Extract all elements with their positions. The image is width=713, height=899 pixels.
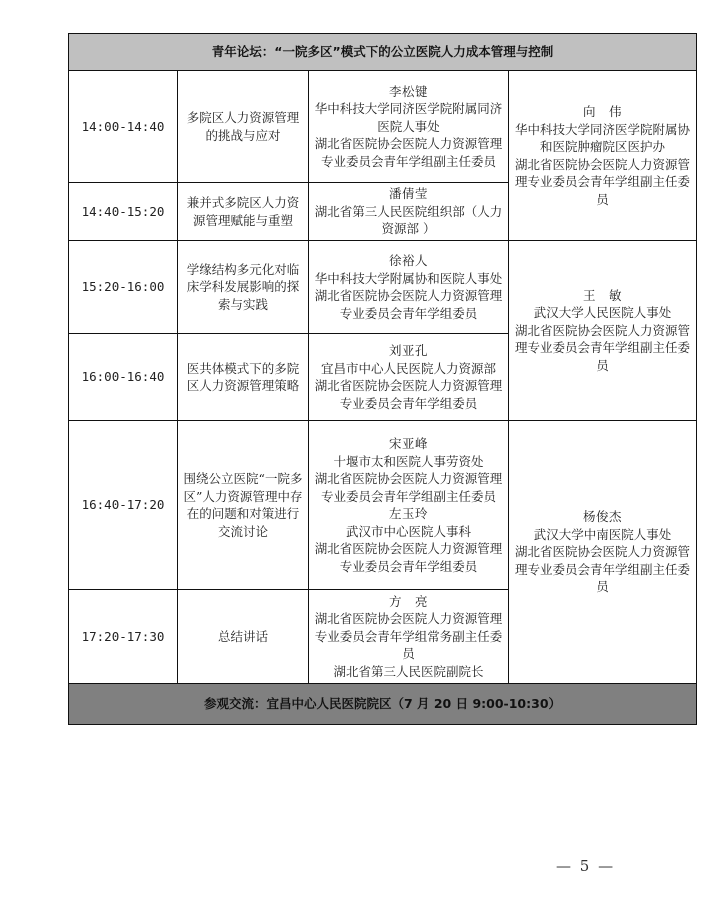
table-row: 14:00-14:40 多院区人力资源管理的挑战与应对 李松键 华中科技大学同济… — [69, 71, 697, 183]
session-topic: 兼并式多院区人力资源管理赋能与重塑 — [178, 183, 309, 241]
speaker-affiliation: 武汉市中心医院人事科 — [313, 523, 504, 541]
speaker-role: 湖北省医院协会医院人力资源管理专业委员会青年学组常务副主任委员 — [313, 610, 504, 663]
session-speaker: 方 亮 湖北省医院协会医院人力资源管理专业委员会青年学组常务副主任委员 湖北省第… — [309, 590, 509, 684]
session-speaker: 李松键 华中科技大学同济医学院附属同济医院人事处 湖北省医院协会医院人力资源管理… — [309, 71, 509, 183]
session-host: 王 敏 武汉大学人民医院人事处 湖北省医院协会医院人力资源管理专业委员会青年学组… — [509, 241, 697, 421]
speaker-affiliation: 华中科技大学附属协和医院人事处 湖北省医院协会医院人力资源管理专业委员会青年学组… — [313, 270, 504, 323]
session-topic: 学缘结构多元化对临床学科发展影响的探索与实践 — [178, 241, 309, 334]
host-name: 杨俊杰 — [513, 508, 692, 526]
speaker-role: 湖北省医院协会医院人力资源管理专业委员会青年学组委员 — [313, 540, 504, 575]
forum-title: 青年论坛：“一院多区”模式下的公立医院人力成本管理与控制 — [69, 34, 697, 71]
session-topic: 多院区人力资源管理的挑战与应对 — [178, 71, 309, 183]
speaker-affiliation: 宜昌市中心人民医院人力资源部 — [313, 360, 504, 378]
speaker-affiliation: 十堰市太和医院人事劳资处 — [313, 453, 504, 471]
session-speakers: 宋亚峰 十堰市太和医院人事劳资处 湖北省医院协会医院人力资源管理专业委员会青年学… — [309, 421, 509, 590]
session-time: 17:20-17:30 — [69, 590, 178, 684]
session-time: 16:00-16:40 — [69, 334, 178, 421]
session-host: 向 伟 华中科技大学同济医学院附属协和医院肿瘤院区医护办 湖北省医院协会医院人力… — [509, 71, 697, 241]
session-topic: 围绕公立医院“一院多区”人力资源管理中存在的问题和对策进行交流讨论 — [178, 421, 309, 590]
host-role: 湖北省医院协会医院人力资源管理专业委员会青年学组副主任委员 — [513, 322, 692, 375]
visit-row: 参观交流：宜昌中心人民医院院区（7 月 20 日 9:00-10:30） — [69, 684, 697, 725]
session-time: 16:40-17:20 — [69, 421, 178, 590]
host-name: 王 敏 — [513, 287, 692, 305]
session-time: 15:20-16:00 — [69, 241, 178, 334]
speaker-role: 湖北省医院协会医院人力资源管理专业委员会青年学组副主任委员 — [313, 470, 504, 505]
host-role: 湖北省医院协会医院人力资源管理专业委员会青年学组副主任委员 — [513, 156, 692, 209]
host-affiliation: 武汉大学人民医院人事处 — [513, 304, 692, 322]
speaker-name: 徐裕人 — [313, 252, 504, 270]
visit-title: 参观交流：宜昌中心人民医院院区（7 月 20 日 9:00-10:30） — [69, 684, 697, 725]
session-speaker: 潘倩莹 湖北省第三人民医院组织部（人力资源部 ） — [309, 183, 509, 241]
speaker-name: 刘亚孔 — [313, 342, 504, 360]
speaker-name: 潘倩莹 — [313, 185, 504, 203]
host-name: 向 伟 — [513, 103, 692, 121]
speaker-name: 宋亚峰 — [313, 435, 504, 453]
host-affiliation: 武汉大学中南医院人事处 — [513, 526, 692, 544]
table-row: 15:20-16:00 学缘结构多元化对临床学科发展影响的探索与实践 徐裕人 华… — [69, 241, 697, 334]
speaker-name: 左玉玲 — [313, 505, 504, 523]
session-speaker: 刘亚孔 宜昌市中心人民医院人力资源部 湖北省医院协会医院人力资源管理专业委员会青… — [309, 334, 509, 421]
session-host: 杨俊杰 武汉大学中南医院人事处 湖北省医院协会医院人力资源管理专业委员会青年学组… — [509, 421, 697, 684]
forum-schedule-table: 青年论坛：“一院多区”模式下的公立医院人力成本管理与控制 14:00-14:40… — [68, 33, 697, 725]
document-page: 青年论坛：“一院多区”模式下的公立医院人力成本管理与控制 14:00-14:40… — [0, 0, 713, 899]
session-time: 14:00-14:40 — [69, 71, 178, 183]
session-topic: 医共体模式下的多院区人力资源管理策略 — [178, 334, 309, 421]
speaker-affiliation: 湖北省第三人民医院副院长 — [313, 663, 504, 681]
speaker-role: 湖北省医院协会医院人力资源管理专业委员会青年学组委员 — [313, 377, 504, 412]
host-role: 湖北省医院协会医院人力资源管理专业委员会青年学组副主任委员 — [513, 543, 692, 596]
session-topic: 总结讲话 — [178, 590, 309, 684]
speaker-name: 方 亮 — [313, 593, 504, 611]
forum-header-row: 青年论坛：“一院多区”模式下的公立医院人力成本管理与控制 — [69, 34, 697, 71]
page-number: — 5 — — [556, 857, 615, 875]
speaker-affiliation: 湖北省第三人民医院组织部（人力资源部 ） — [313, 203, 504, 238]
table-row: 16:40-17:20 围绕公立医院“一院多区”人力资源管理中存在的问题和对策进… — [69, 421, 697, 590]
host-affiliation: 华中科技大学同济医学院附属协和医院肿瘤院区医护办 — [513, 121, 692, 156]
speaker-affiliation: 华中科技大学同济医学院附属同济医院人事处 — [313, 100, 504, 135]
speaker-role: 湖北省医院协会医院人力资源管理专业委员会青年学组副主任委员 — [313, 135, 504, 170]
speaker-name: 李松键 — [313, 83, 504, 101]
session-speaker: 徐裕人 华中科技大学附属协和医院人事处 湖北省医院协会医院人力资源管理专业委员会… — [309, 241, 509, 334]
session-time: 14:40-15:20 — [69, 183, 178, 241]
